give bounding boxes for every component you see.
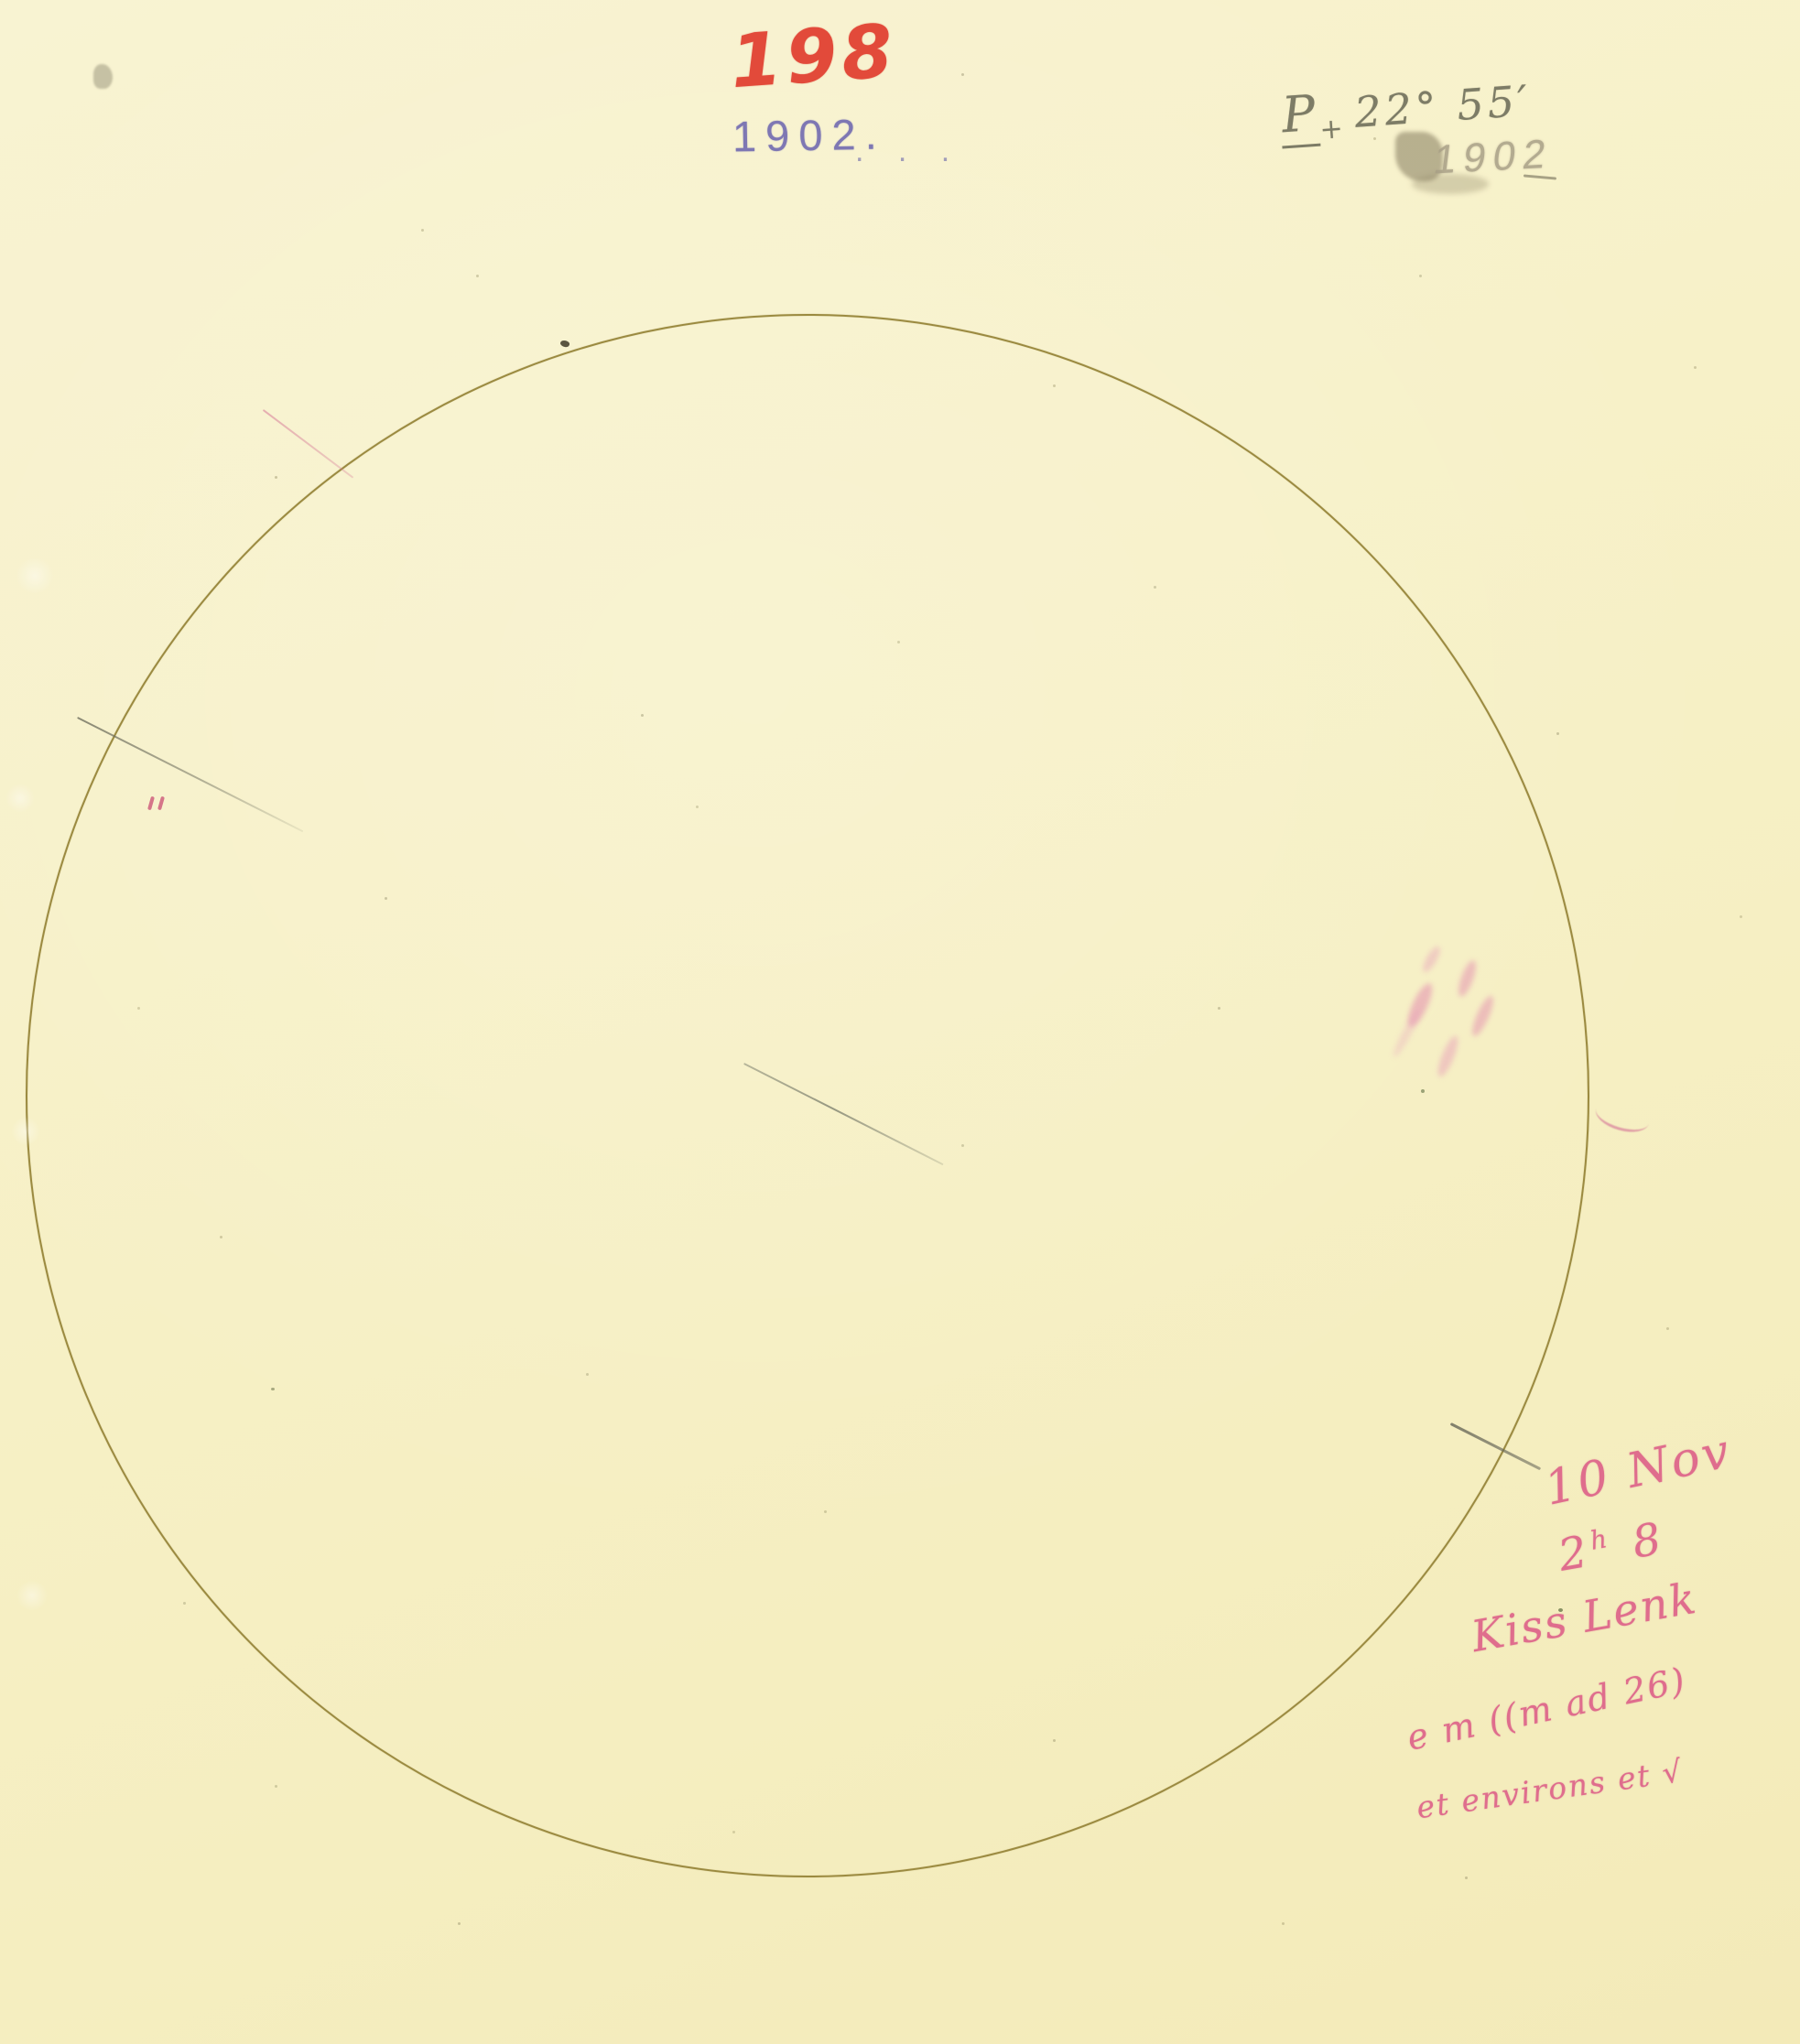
page-number: 198 [728,15,899,100]
stamp-trailing-dots: . . . [855,134,962,169]
pink-scratch-line-upper-left [263,409,353,479]
paper-indentation [15,558,55,593]
position-plus-sign: + [1318,113,1344,146]
pink-tick-on-circle-edge [1592,1095,1653,1137]
paper-blemish-top-left [93,64,113,89]
paper-indentation [5,784,35,813]
paper-indentation [16,1580,48,1611]
note-time-hour-unit: h [1588,1522,1614,1556]
paper-indentation [11,1117,40,1146]
pencil-dash-mark [1523,174,1556,179]
year-stamp-gray: 1902 [1431,134,1555,180]
paper-speck [271,1388,275,1390]
note-observer-line: Kiss Lenk [1469,1577,1700,1660]
position-p-label: P [1278,84,1321,149]
paper-speckles [275,476,277,479]
paper-speck [1558,1608,1563,1612]
position-angle-value: 22° 55′ [1353,75,1533,136]
scanned-observation-sheet: 198 1902. . . . P+22° 55′ 1902 10 Nov 2h… [0,0,1800,2044]
paper-speck [1421,1089,1425,1093]
note-time-line: 2h 8 [1556,1516,1670,1578]
ink-speck-on-circle [559,339,570,348]
note-date-line: 10 Nov [1541,1427,1736,1513]
red-tick-marks-left [149,796,169,814]
note-remark-line-1: e m ((m ad 26) [1404,1662,1689,1756]
note-remark-line-2: et environs et √ [1415,1756,1686,1823]
note-time-minutes: 8 [1629,1512,1671,1568]
